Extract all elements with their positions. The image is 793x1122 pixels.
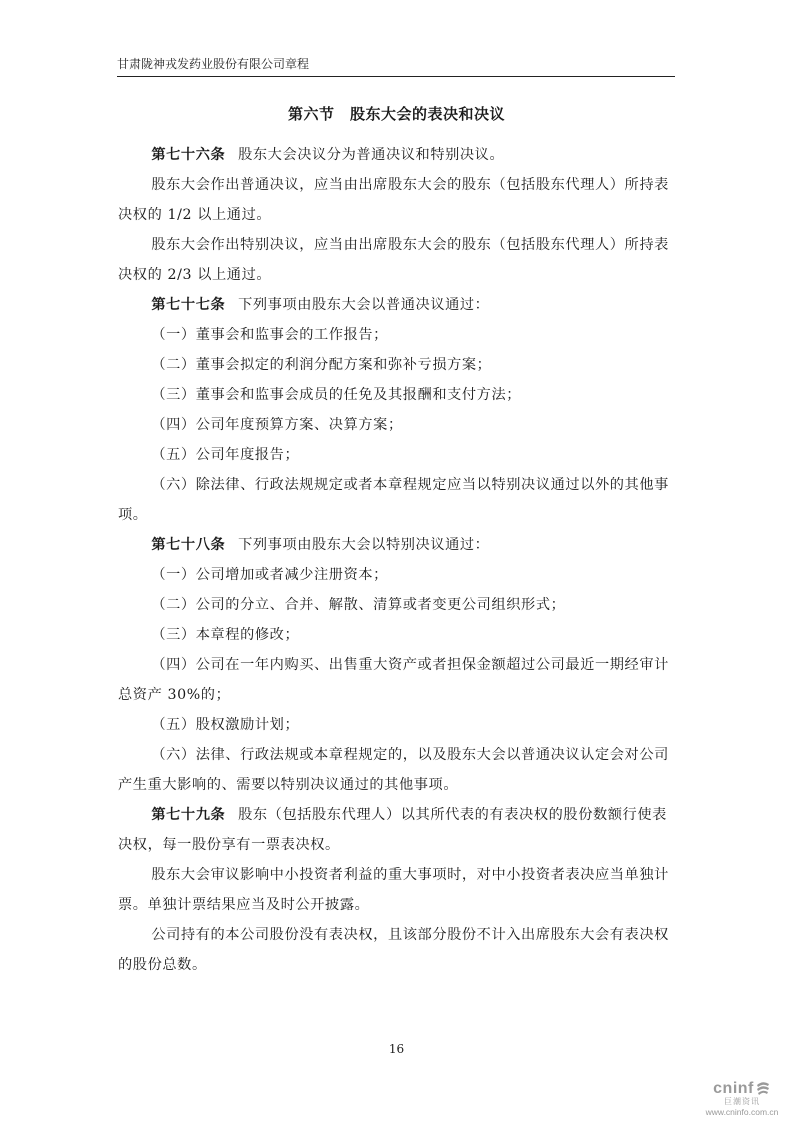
watermark-url: www.cninfo.com.cn [697, 1107, 787, 1117]
article-text: 股东大会决议分为普通决议和特别决议。 [238, 147, 504, 163]
list-item: （一）公司增加或者减少注册资本； [118, 560, 678, 590]
watermark-name: 巨潮资讯 [697, 1097, 787, 1107]
list-item: （一）董事会和监事会的工作报告； [118, 320, 678, 350]
article-78: 第七十八条下列事项由股东大会以特别决议通过： [118, 530, 678, 560]
page-number: 16 [0, 1042, 793, 1056]
paragraph: 公司持有的本公司股份没有表决权，且该部分股份不计入出席股东大会有表决权的股份总数… [118, 920, 678, 980]
article-76: 第七十六条股东大会决议分为普通决议和特别决议。 [118, 140, 678, 170]
list-item: （六）法律、行政法规或本章程规定的，以及股东大会以普通决议认定会对公司产生重大影… [118, 740, 678, 800]
paragraph: 股东大会作出普通决议，应当由出席股东大会的股东（包括股东代理人）所持表决权的 1… [118, 170, 678, 230]
paragraph: 股东大会作出特别决议，应当由出席股东大会的股东（包括股东代理人）所持表决权的 2… [118, 230, 678, 290]
article-77: 第七十七条下列事项由股东大会以普通决议通过： [118, 290, 678, 320]
article-text: 下列事项由股东大会以普通决议通过： [238, 297, 489, 313]
document-body: 第七十六条股东大会决议分为普通决议和特别决议。 股东大会作出普通决议，应当由出席… [118, 140, 678, 980]
list-item: （四）公司年度预算方案、决算方案； [118, 410, 678, 440]
article-label: 第七十八条 [151, 537, 225, 553]
article-label: 第七十九条 [151, 807, 225, 823]
list-item: （二）公司的分立、合并、解散、清算或者变更公司组织形式； [118, 590, 678, 620]
document-header: 甘肃陇神戎发药业股份有限公司章程 [117, 56, 675, 77]
article-79: 第七十九条股东（包括股东代理人）以其所代表的有表决权的股份数额行使表决权，每一股… [118, 800, 678, 860]
watermark-brand-row: cninf [697, 1080, 787, 1097]
list-item: （二）董事会拟定的利润分配方案和弥补亏损方案； [118, 350, 678, 380]
article-text: 下列事项由股东大会以特别决议通过： [238, 537, 489, 553]
article-label: 第七十六条 [151, 147, 225, 163]
list-item: （五）公司年度报告； [118, 440, 678, 470]
list-item: （五）股权激励计划； [118, 710, 678, 740]
list-item: （六）除法律、行政法规规定或者本章程规定应当以特别决议通过以外的其他事项。 [118, 470, 678, 530]
section-title: 第六节 股东大会的表决和决议 [0, 103, 793, 124]
article-label: 第七十七条 [151, 297, 225, 313]
list-item: （三）本章程的修改； [118, 620, 678, 650]
cninfo-watermark: cninf 巨潮资讯 www.cninfo.com.cn [697, 1080, 787, 1117]
list-item: （三）董事会和监事会成员的任免及其报酬和支付方法； [118, 380, 678, 410]
list-item: （四）公司在一年内购买、出售重大资产或者担保金额超过公司最近一期经审计总资产 3… [118, 650, 678, 710]
cninfo-logo-icon [754, 1080, 771, 1097]
watermark-brand: cninf [713, 1080, 754, 1097]
paragraph: 股东大会审议影响中小投资者利益的重大事项时，对中小投资者表决应当单独计票。单独计… [118, 860, 678, 920]
